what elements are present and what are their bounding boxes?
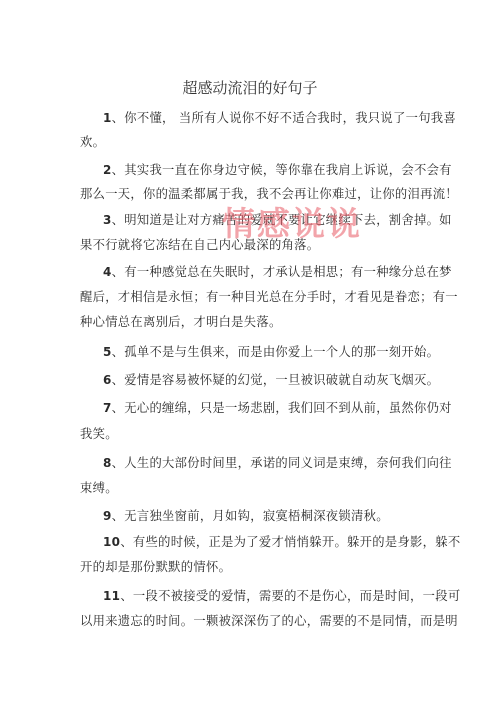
sentence-text: 、无言独坐窗前，月如钩，寂寞梧桐深夜锁清秋。 [112, 509, 389, 523]
sentence-item-line: 10、有些的时候，正是为了爱才悄悄躲开。躲开的是身影，躲不 [103, 534, 443, 550]
sentence-number: 5 [103, 345, 112, 359]
sentence-continuation-line: 以用来遗忘的时间。一颗被深深伤了的心，需要的不是同情，而是明 [80, 613, 420, 629]
sentence-item-line: 1、你不懂， 当所有人说你不好不适合我时，我只说了一句我喜 [103, 110, 443, 126]
document-title: 超感动流泪的好句子 [0, 77, 500, 98]
sentence-number: 9 [103, 509, 112, 523]
sentence-text: 、你不懂， 当所有人说你不好不适合我时，我只说了一句我喜 [112, 111, 456, 125]
sentence-number: 10 [103, 535, 120, 549]
sentence-item-line: 3、明知道是让对方痛苦的爱就不要让它继续下去，割舍掉。如 [103, 212, 443, 228]
sentence-number: 3 [103, 213, 112, 227]
sentence-text: 、一段不被接受的爱情，需要的不是伤心，而是时间，一段可 [120, 589, 460, 603]
sentence-item-line: 6、爱情是容易被怀疑的幻觉，一旦被识破就自动灰飞烟灭。 [103, 372, 443, 388]
sentence-text: 、人生的大部份时间里，承诺的同义词是束缚，奈何我们向往 [112, 456, 452, 470]
sentence-text: 开的却是那份默默的情怀。 [80, 560, 231, 574]
sentence-item-line: 8、人生的大部份时间里，承诺的同义词是束缚，奈何我们向往 [103, 455, 443, 471]
sentence-text: 、爱情是容易被怀疑的幻觉，一旦被识破就自动灰飞烟灭。 [112, 373, 440, 387]
sentence-continuation-line: 醒后，才相信是永恒；有一种目光总在分手时，才看见是眷恋；有一 [80, 289, 420, 305]
sentence-text: 种心情总在离别后，才明白是失落。 [80, 315, 282, 329]
sentence-text: 果不行就将它冻结在自己内心最深的角落。 [80, 238, 319, 252]
sentence-number: 11 [103, 589, 120, 603]
sentence-continuation-line: 欢。 [80, 134, 420, 150]
sentence-continuation-line: 我笑。 [80, 426, 420, 442]
sentence-text: 我笑。 [80, 427, 118, 441]
sentence-text: 欢。 [80, 135, 105, 149]
sentence-number: 2 [103, 163, 112, 177]
sentence-continuation-line: 种心情总在离别后，才明白是失落。 [80, 314, 420, 330]
sentence-text: 、其实我一直在你身边守候，等你靠在我肩上诉说，会不会有 [112, 163, 452, 177]
sentence-continuation-line: 果不行就将它冻结在自己内心最深的角落。 [80, 237, 420, 253]
sentence-text: 、孤单不是与生俱来，而是由你爱上一个人的那一刻开始。 [112, 345, 440, 359]
sentence-continuation-line: 那么一天，你的温柔都属于我，我不会再让你难过，让你的泪再流！ [80, 186, 420, 202]
sentence-item-line: 9、无言独坐窗前，月如钩，寂寞梧桐深夜锁清秋。 [103, 508, 443, 524]
sentence-number: 7 [103, 401, 112, 415]
sentence-number: 8 [103, 456, 112, 470]
sentence-number: 4 [103, 265, 112, 279]
sentence-text: 、有些的时候，正是为了爱才悄悄躲开。躲开的是身影，躲不 [120, 535, 460, 549]
sentence-text: 醒后，才相信是永恒；有一种目光总在分手时，才看见是眷恋；有一 [80, 290, 458, 304]
sentence-number: 1 [103, 111, 112, 125]
sentence-item-line: 5、孤单不是与生俱来，而是由你爱上一个人的那一刻开始。 [103, 344, 443, 360]
sentence-number: 6 [103, 373, 112, 387]
sentence-text: 、明知道是让对方痛苦的爱就不要让它继续下去，割舍掉。如 [112, 213, 452, 227]
sentence-text: 那么一天，你的温柔都属于我，我不会再让你难过，让你的泪再流！ [80, 187, 458, 201]
sentence-text: 、有一种感觉总在失眠时，才承认是相思；有一种缘分总在梦 [112, 265, 452, 279]
sentence-continuation-line: 开的却是那份默默的情怀。 [80, 559, 420, 575]
sentence-item-line: 7、无心的缠绵，只是一场悲剧，我们回不到从前，虽然你仍对 [103, 400, 443, 416]
sentence-item-line: 2、其实我一直在你身边守候，等你靠在我肩上诉说，会不会有 [103, 162, 443, 178]
sentence-text: 束缚。 [80, 481, 118, 495]
sentence-continuation-line: 束缚。 [80, 480, 420, 496]
sentence-item-line: 4、有一种感觉总在失眠时，才承认是相思；有一种缘分总在梦 [103, 264, 443, 280]
sentence-text: 、无心的缠绵，只是一场悲剧，我们回不到从前，虽然你仍对 [112, 401, 452, 415]
sentence-item-line: 11、一段不被接受的爱情，需要的不是伤心，而是时间，一段可 [103, 588, 443, 604]
sentence-text: 以用来遗忘的时间。一颗被深深伤了的心，需要的不是同情，而是明 [80, 614, 458, 628]
